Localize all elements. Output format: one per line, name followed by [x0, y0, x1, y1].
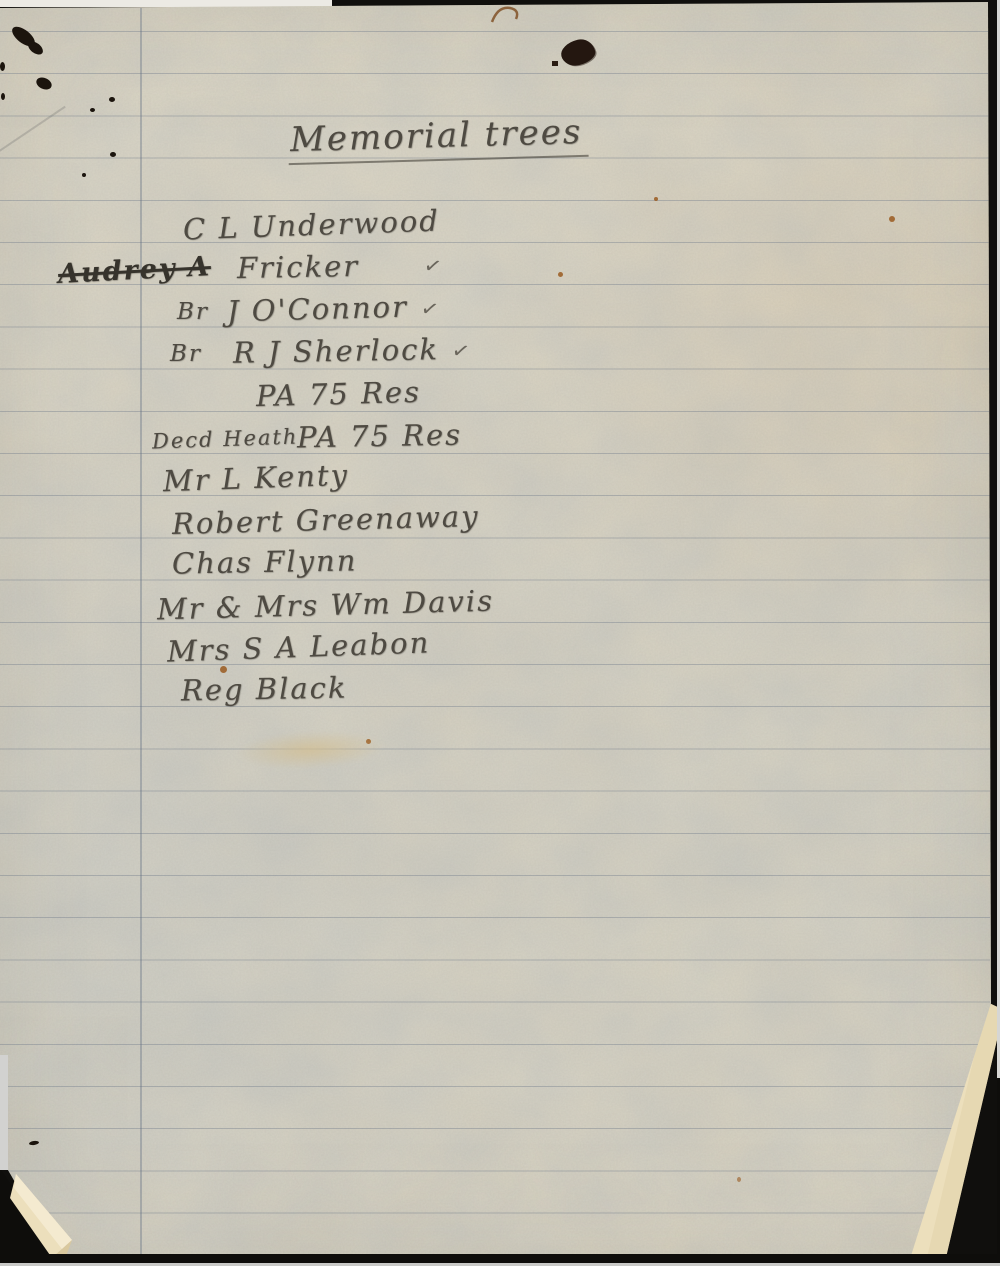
ink-speck [110, 152, 116, 157]
entry-text: PA 75 Res [297, 418, 463, 461]
page-title: Memorial trees [288, 112, 589, 160]
mount-edge-bottom [0, 1254, 1000, 1263]
rust-speck [737, 1177, 741, 1182]
rust-speck [654, 197, 658, 201]
entry-text: J O'Connor [227, 290, 409, 335]
entry-text: Reg Black [181, 671, 348, 714]
entry-text: R J Sherlock [233, 332, 440, 376]
scanner-edge-top [0, 0, 332, 7]
entry-margin-note: Decd Heath [152, 424, 299, 453]
ink-speck [109, 97, 115, 102]
stain-smudge [221, 723, 398, 776]
ink-speck [1, 93, 5, 100]
ink-speck [552, 61, 558, 66]
folded-corner [0, 1150, 120, 1266]
entry-margin-note: Br [170, 341, 202, 367]
entry-text: Fricker [237, 249, 360, 291]
ink-speck [82, 173, 86, 177]
scanner-edge-left [0, 1055, 8, 1170]
margin-line [140, 8, 142, 1256]
ink-speck [90, 108, 95, 112]
ink-speck [0, 62, 5, 71]
rust-speck [558, 272, 563, 277]
ruled-lines [0, 31, 990, 1255]
entry-text: Chas Flynn [172, 543, 358, 586]
entry-text: PA 75 Res [256, 375, 422, 419]
paper-sheet: Memorial trees C L Underwood Audrey A Fr… [0, 0, 1000, 1266]
rust-speck [220, 666, 227, 673]
scanned-document-page: Memorial trees C L Underwood Audrey A Fr… [0, 0, 1000, 1266]
rust-speck [889, 216, 895, 222]
entry-text: Mr L Kenty [162, 458, 349, 504]
entry-margin-note: Br [177, 299, 209, 325]
entry-text: Robert Greenaway [172, 499, 481, 547]
